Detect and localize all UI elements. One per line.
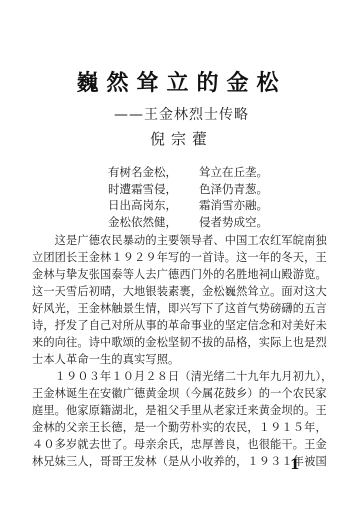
poem-line-second-half: 霜消雪亦融。: [199, 197, 268, 214]
body-line: 来的向往。诗中歌颂的金松坚韧不拔的品格，实际上也是烈: [32, 334, 334, 351]
article-title: 巍然耸立的金松: [0, 66, 363, 97]
poem: 有树名金松， 耸立在丘垄。 时遭霜雪侵， 色泽仍青葱。 日出高岗东， 霜消雪亦融…: [108, 164, 308, 230]
body-line: １９０３年１０月２８日（清光绪二十九年九月初九），: [32, 368, 334, 385]
poem-line-first-half: 有树名金松，: [108, 164, 199, 181]
article-subtitle: ——王金林烈士传略: [0, 104, 363, 124]
poem-line-second-half: 色泽仍青葱。: [199, 181, 268, 198]
poem-line: 日出高岗东， 霜消雪亦融。: [108, 197, 308, 214]
body-line: 王金林诞生在安徽广德黄金坝（今属花鼓乡）的一个农民家: [32, 385, 334, 402]
body-line: 金林与挚友张国泰等人去广德西门外的名胜地祠山殿游览。: [32, 266, 334, 283]
body-text: 这是广德农民暴动的主要领导者、中国工农红军皖南独 立团团长王金林１９２９年写的一…: [32, 232, 334, 470]
body-line: 这一天雪后初晴，大地银装素裹，金松巍然耸立。面对这大: [32, 283, 334, 300]
poem-line-second-half: 耸立在丘垄。: [199, 164, 268, 181]
body-line: 庭里。他家原籍湖北，是祖父手里从老家迁来黄金坝的。王: [32, 402, 334, 419]
poem-line-first-half: 日出高岗东，: [108, 197, 199, 214]
poem-line: 金松依然健， 侵者势成空。: [108, 214, 308, 231]
body-line: 这是广德农民暴动的主要领导者、中国工农红军皖南独: [32, 232, 334, 249]
body-line: 林兄妹三人，哥哥王发林（是从小收养的，１９３１年被国: [32, 453, 334, 470]
poem-line: 时遭霜雪侵， 色泽仍青葱。: [108, 181, 308, 198]
body-line: ４０多岁就去世了。母亲余氏，忠厚善良，也很能干。王金: [32, 436, 334, 453]
page-number: 1: [290, 457, 300, 473]
body-line: 诗，抒发了自己对所从事的革命事业的坚定信念和对美好未: [32, 317, 334, 334]
poem-line-second-half: 侵者势成空。: [199, 214, 268, 231]
poem-line-first-half: 时遭霜雪侵，: [108, 181, 199, 198]
poem-line: 有树名金松， 耸立在丘垄。: [108, 164, 308, 181]
body-line: 立团团长王金林１９２９年写的一首诗。这一年的冬天，王: [32, 249, 334, 266]
poem-line-first-half: 金松依然健，: [108, 214, 199, 231]
body-line: 金林的父亲王长德，是一个勤劳朴实的农民，１９１５年，: [32, 419, 334, 436]
body-line: 士本人革命一生的真实写照。: [32, 351, 334, 368]
document-page: 巍然耸立的金松 ——王金林烈士传略 倪宗藿 有树名金松， 耸立在丘垄。 时遭霜雪…: [0, 0, 363, 517]
author-name: 倪宗藿: [0, 128, 363, 149]
body-line: 好风光，王金林触景生情，即兴写下了这首气势磅礴的五言: [32, 300, 334, 317]
